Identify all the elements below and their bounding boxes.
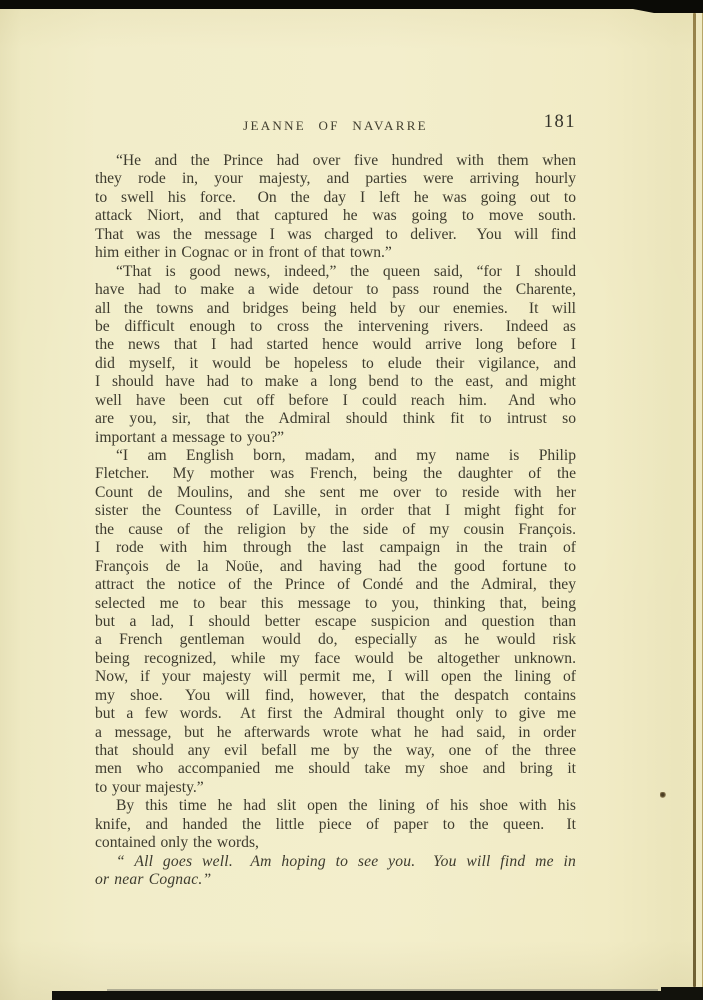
text-line: contained only the words, <box>95 834 576 852</box>
text-block: “He and the Prince had over five hundred… <box>95 152 576 890</box>
text-line: to swell his force. On the day I left he… <box>95 189 576 207</box>
page-header: JEANNE OF NAVARRE 181 <box>95 115 576 139</box>
text-line: be difficult enough to cross the interve… <box>95 318 576 336</box>
text-line: did myself, it would be hopeless to elud… <box>95 355 576 373</box>
text-line: well have been cut off before I could re… <box>95 392 576 410</box>
scan-border-top <box>0 0 703 9</box>
text-line: “I am English born, madam, and my name i… <box>95 447 576 465</box>
page-speck <box>660 792 666 798</box>
text-line: important a message to you?” <box>95 429 576 447</box>
text-line: selected me to bear this message to you,… <box>95 595 576 613</box>
text-line: “ All goes well. Am hoping to see you. Y… <box>95 853 576 871</box>
text-line: being recognized, while my face would be… <box>95 650 576 668</box>
text-line: knife, and handed the little piece of pa… <box>95 816 576 834</box>
text-line: him either in Cognac or in front of that… <box>95 244 576 262</box>
text-line: attract the notice of the Prince of Cond… <box>95 576 576 594</box>
text-line: but a lad, I should better escape suspic… <box>95 613 576 631</box>
text-line: the cause of the religion by the side of… <box>95 521 576 539</box>
text-line: Count de Moulins, and she sent me over t… <box>95 484 576 502</box>
book-scan: JEANNE OF NAVARRE 181 “He and the Prince… <box>0 0 703 1000</box>
text-line: I should have had to make a long bend to… <box>95 373 576 391</box>
text-line: are you, sir, that the Admiral should th… <box>95 410 576 428</box>
paragraph: “I am English born, madam, and my name i… <box>95 447 576 797</box>
text-line: my shoe. You will find, however, that th… <box>95 687 576 705</box>
text-line: Now, if your majesty will permit me, I w… <box>95 668 576 686</box>
page-edge-line <box>693 13 696 987</box>
text-line: Fletcher. My mother was French, being th… <box>95 465 576 483</box>
book-page: JEANNE OF NAVARRE 181 “He and the Prince… <box>0 9 703 1000</box>
text-line: the news that I had started hence would … <box>95 336 576 354</box>
text-line: François de la Noüe, and having had the … <box>95 558 576 576</box>
paragraph: By this time he had slit open the lining… <box>95 797 576 852</box>
scan-border-bottom <box>52 991 703 1000</box>
text-line: That was the message I was charged to de… <box>95 226 576 244</box>
paragraph: “He and the Prince had over five hundred… <box>95 152 576 263</box>
running-title: JEANNE OF NAVARRE <box>95 118 576 134</box>
text-line: that should any evil befall me by the wa… <box>95 742 576 760</box>
text-line: they rode in, your majesty, and parties … <box>95 170 576 188</box>
text-line: sister the Countess of Laville, in order… <box>95 502 576 520</box>
paragraph: “ All goes well. Am hoping to see you. Y… <box>95 853 576 890</box>
text-line: “He and the Prince had over five hundred… <box>95 152 576 170</box>
text-line: By this time he had slit open the lining… <box>95 797 576 815</box>
page-number: 181 <box>544 112 576 133</box>
text-line: I rode with him through the last campaig… <box>95 539 576 557</box>
text-line: men who accompanied me should take my sh… <box>95 760 576 778</box>
text-line: all the towns and bridges being held by … <box>95 300 576 318</box>
text-line: “That is good news, indeed,” the queen s… <box>95 263 576 281</box>
text-line: a message, but he afterwards wrote what … <box>95 724 576 742</box>
text-line: or near Cognac.” <box>95 871 576 889</box>
text-line: but a few words. At first the Admiral th… <box>95 705 576 723</box>
text-line: a French gentleman would do, especially … <box>95 631 576 649</box>
text-line: have had to make a wide detour to pass r… <box>95 281 576 299</box>
paragraph: “That is good news, indeed,” the queen s… <box>95 263 576 447</box>
text-line: to your majesty.” <box>95 779 576 797</box>
text-line: attack Niort, and that captured he was g… <box>95 207 576 225</box>
page-edge-outer <box>696 13 703 991</box>
